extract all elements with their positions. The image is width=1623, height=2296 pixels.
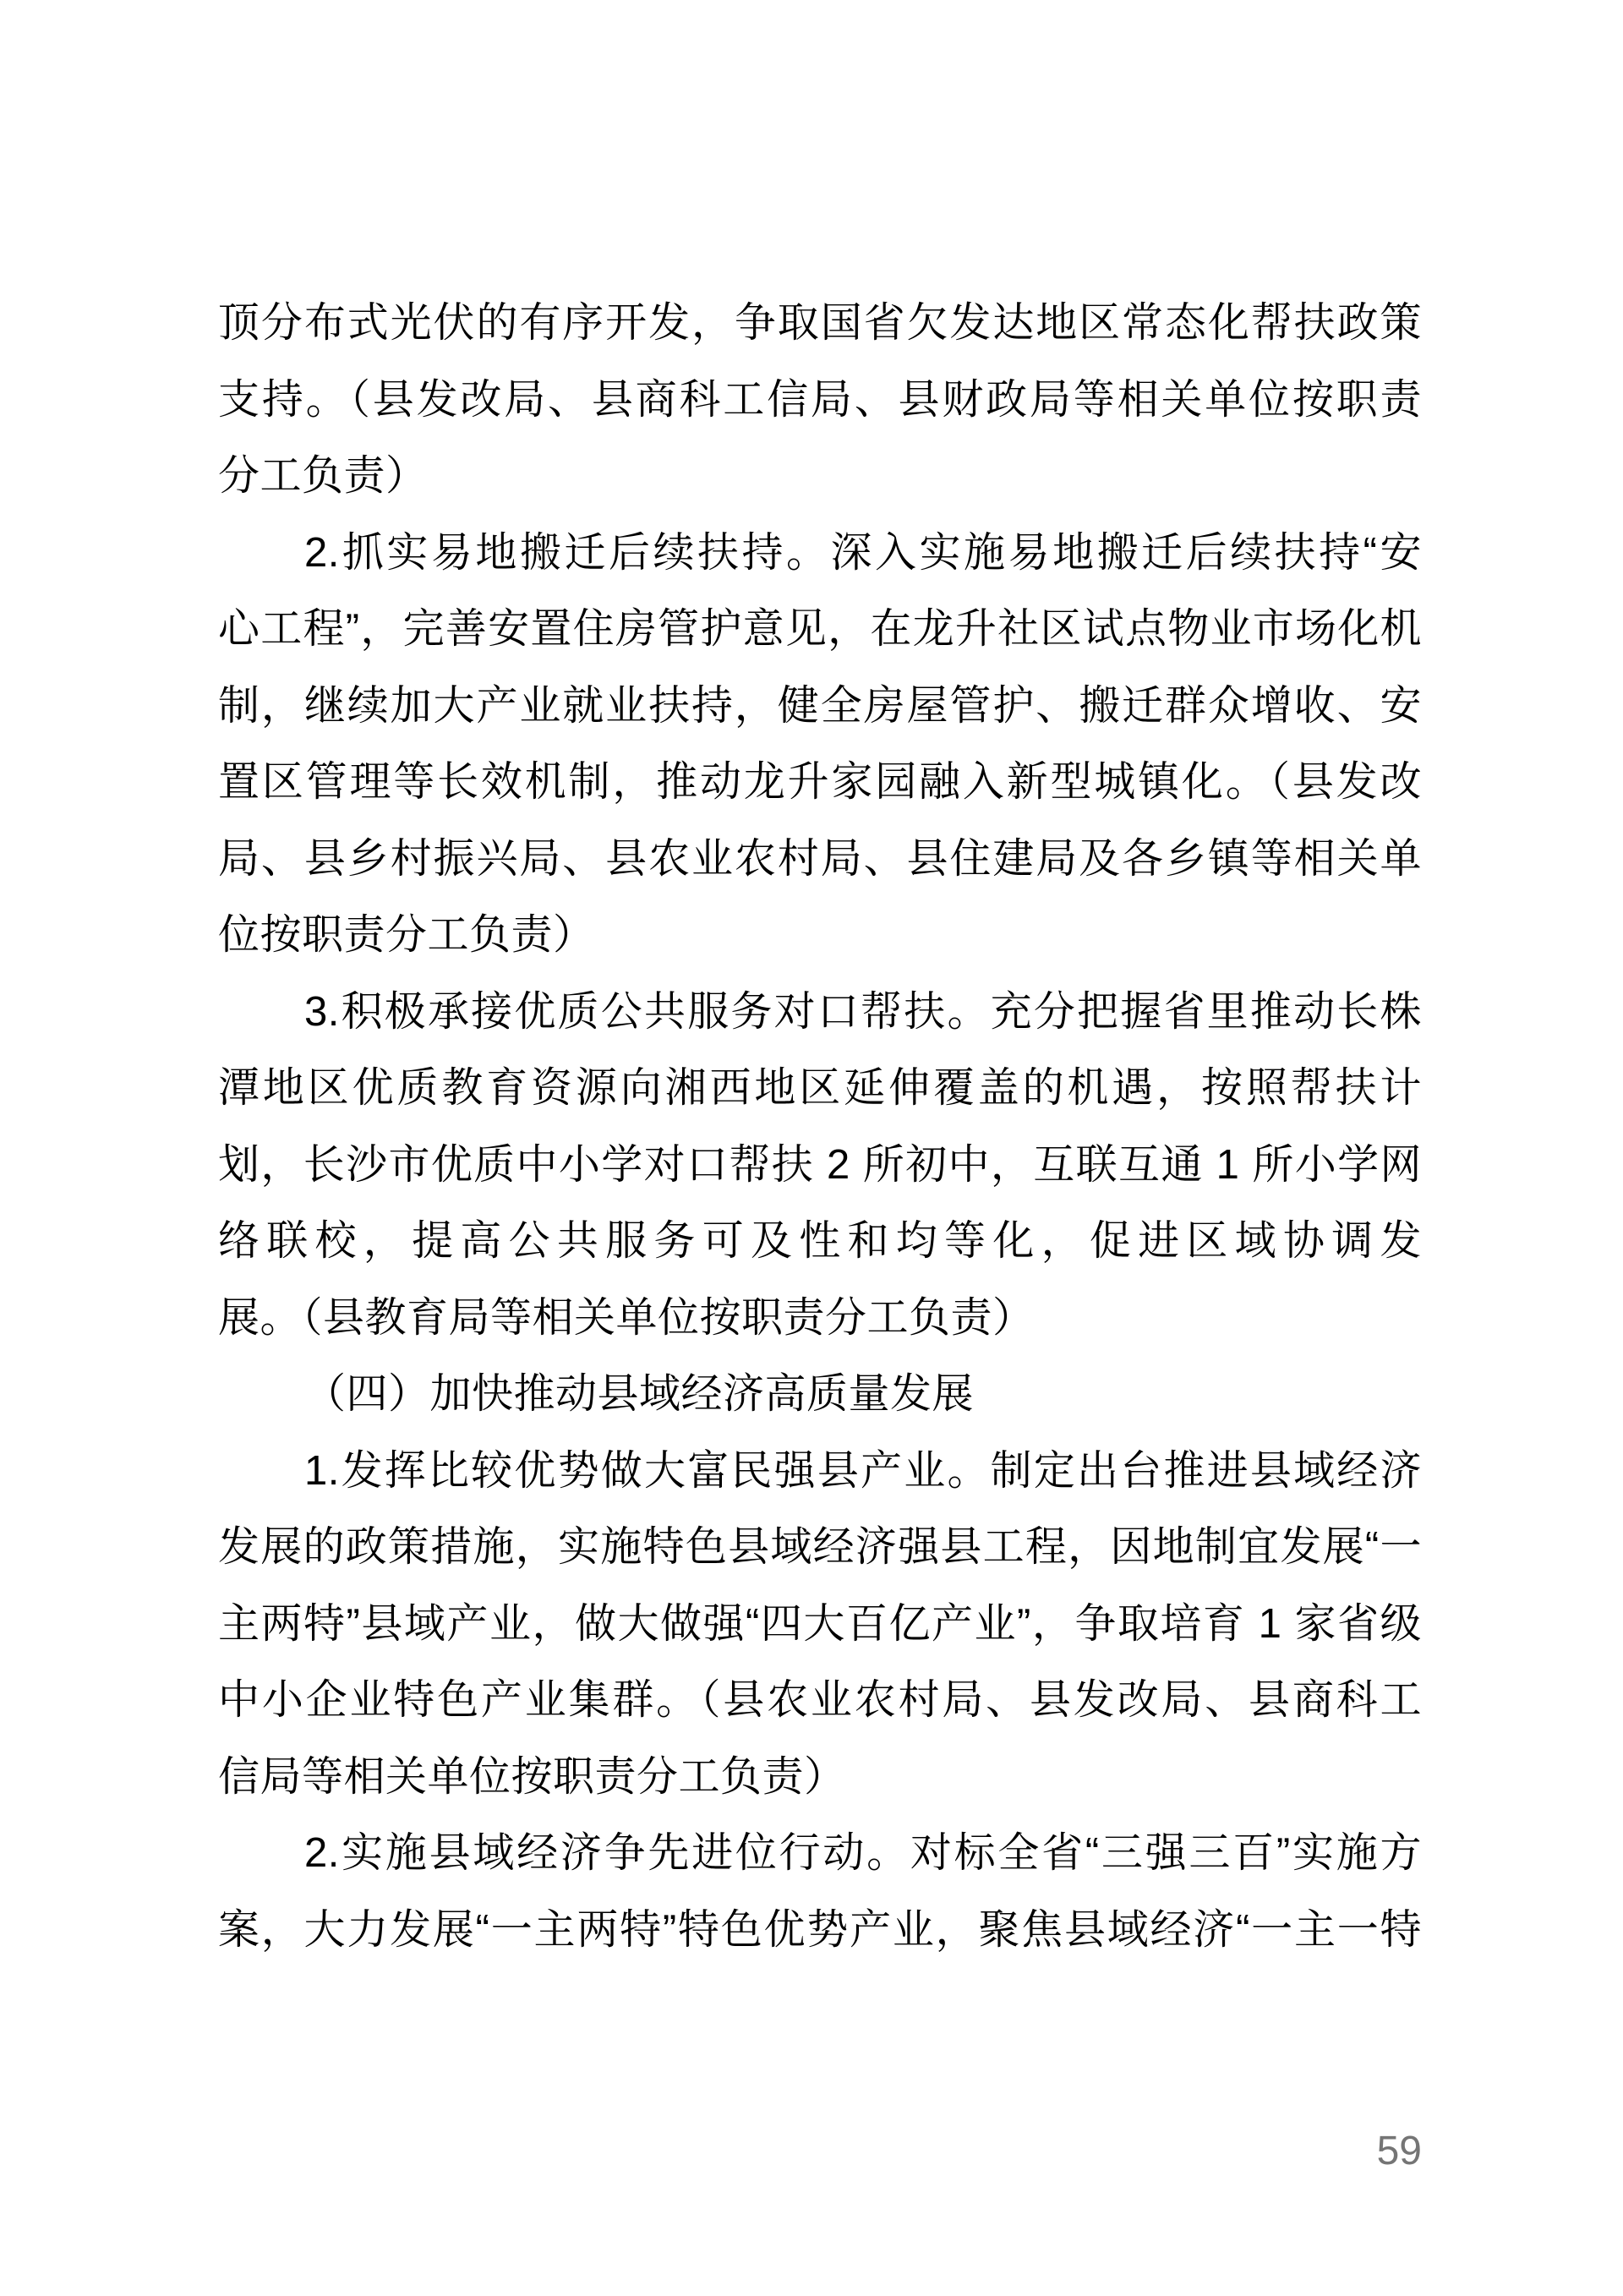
text-line: 展。（县教育局等相关单位按职责分工负责） xyxy=(218,1280,1422,1357)
text-line: 信局等相关单位按职责分工负责） xyxy=(218,1739,1422,1816)
text-line: 局、县乡村振兴局、县农业农村局、县住建局及各乡镇等相关单 xyxy=(218,821,1422,898)
text-line: 位按职责分工负责） xyxy=(218,897,1422,974)
text-line: 案，大力发展“一主两特”特色优势产业，聚焦县域经济“一主一特 xyxy=(218,1892,1422,1969)
text-line: 顶分布式光伏的有序开发，争取国省欠发达地区常态化帮扶政策 xyxy=(218,285,1422,362)
document-page: 顶分布式光伏的有序开发，争取国省欠发达地区常态化帮扶政策支持。（县发改局、县商科… xyxy=(0,0,1623,2296)
text-line: 划，长沙市优质中小学对口帮扶 2 所初中，互联互通 1 所小学网 xyxy=(218,1127,1422,1204)
text-line: 络联校，提高公共服务可及性和均等化，促进区域协调发 xyxy=(218,1203,1422,1280)
text-line: 3.积极承接优质公共服务对口帮扶。充分把握省里推动长株 xyxy=(218,974,1422,1051)
text-line: 主两特”县域产业，做大做强“四大百亿产业”，争取培育 1 家省级 xyxy=(218,1586,1422,1663)
text-line: 潭地区优质教育资源向湘西地区延伸覆盖的机遇，按照帮扶计 xyxy=(218,1050,1422,1127)
text-line: 发展的政策措施，实施特色县域经济强县工程，因地制宜发展“一 xyxy=(218,1509,1422,1586)
text-line: 2.抓实易地搬迁后续扶持。深入实施易地搬迁后续扶持“安 xyxy=(218,515,1422,592)
page-number: 59 xyxy=(218,2128,1422,2175)
text-line: 1.发挥比较优势做大富民强县产业。制定出台推进县域经济 xyxy=(218,1433,1422,1510)
text-line: （四）加快推动县域经济高质量发展 xyxy=(218,1356,1422,1433)
text-line: 心工程”，完善安置住房管护意见，在龙升社区试点物业市场化机 xyxy=(218,591,1422,668)
text-line: 分工负责） xyxy=(218,438,1422,515)
text-line: 中小企业特色产业集群。（县农业农村局、县发改局、县商科工 xyxy=(218,1662,1422,1739)
text-line: 制，继续加大产业就业扶持，健全房屋管护、搬迁群众增收、安 xyxy=(218,668,1422,745)
text-line: 支持。（县发改局、县商科工信局、县财政局等相关单位按职责 xyxy=(218,362,1422,439)
document-body: 顶分布式光伏的有序开发，争取国省欠发达地区常态化帮扶政策支持。（县发改局、县商科… xyxy=(218,285,1422,1968)
text-line: 2.实施县域经济争先进位行动。对标全省“三强三百”实施方 xyxy=(218,1815,1422,1892)
text-line: 置区管理等长效机制，推动龙升家园融入新型城镇化。（县发改 xyxy=(218,744,1422,821)
